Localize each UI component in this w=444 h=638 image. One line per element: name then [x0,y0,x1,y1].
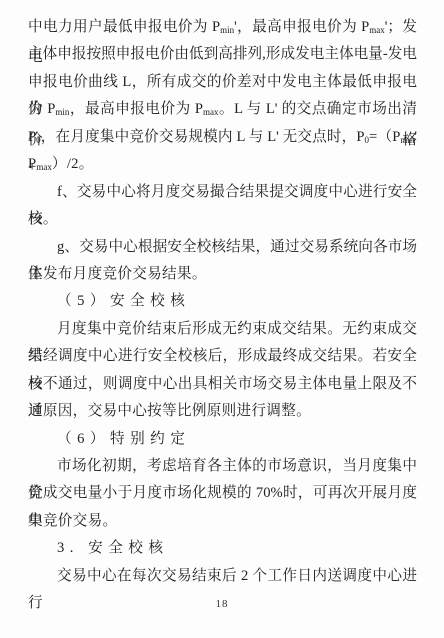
text-line: 体发布月度竞价交易结果。 [28,261,417,288]
text-line: （6）特别约定 [28,426,417,453]
text-segment: =（P [369,129,400,145]
text-segment: 体发布月度竞价交易结果。 [28,266,207,282]
text-segment: ，在月度集中竞价交易规模内 L 与 L' 无交点时，P [41,129,365,145]
text-line: 申报电价曲线 L，所有成交的价差对中发电主体最低申报电价 [28,69,417,96]
text-line: g、交易中心根据安全校核结果，通过交易系统向各市场主 [28,234,417,261]
page-number: 18 [0,598,444,610]
text-line: 价成交电量小于月度市场化规模的 70%时，可再次开展月度集 [28,480,417,507]
text-line: 过原因，交易中心按等比例原则进行调整。 [28,398,417,425]
text-segment: P [28,129,36,145]
text-line: 3. 安全校核 [28,535,417,562]
text-line: 主体申报按照申报电价由低到高排列,形成发电主体电量-发电 [28,41,417,68]
text-line: 市场化初期，考虑培育各主体的市场意识，当月度集中竞 [28,453,417,480]
subscript-text: min [55,107,69,117]
subscript-text: min [400,135,414,145]
text-line: 核。 [28,206,417,233]
text-segment: 为 P [28,101,55,117]
text-line: 交易中心在每次交易结束后 2 个工作日内送调度中心进行 [28,563,417,590]
text-segment: 中竞价交易。 [28,513,117,529]
document-page: 中电力用户最低申报电价为 Pmin'，最高申报电价为 Pmax'；发电主体申报按… [0,0,444,638]
text-line: f、交易中心将月度交易撮合结果提交调度中心进行安全校 [28,179,417,206]
text-line: Pmax）/2。 [28,151,417,178]
text-line: 中竞价交易。 [28,508,417,535]
text-segment: 核。 [28,211,58,227]
text-segment: 中电力用户最低申报电价为 P [28,19,220,35]
text-line: 为 Pmin，最高申报电价为 Pmax。L 与 L' 的交点确定市场出清价格 [28,96,417,123]
text-segment: （5）安全校核 [57,293,190,309]
text-line: 核不通过，则调度中心出具相关市场交易主体电量上限及不通 [28,371,417,398]
subscript-text: max [369,25,385,35]
text-line: 月度集中竞价结束后形成无约束成交结果。无约束成交结 [28,316,417,343]
text-line: 中电力用户最低申报电价为 Pmin'，最高申报电价为 Pmax'；发电 [28,14,417,41]
text-segment: 主体申报按照申报电价由低到高排列,形成发电主体电量-发电 [28,46,417,62]
text-line: 果经调度中心进行安全校核后，形成最终成交结果。若安全校 [28,343,417,370]
text-line: P0，在月度集中竞价交易规模内 L 与 L' 无交点时，P0=（Pmin' + [28,124,417,151]
document-body: 中电力用户最低申报电价为 Pmin'，最高申报电价为 Pmax'；发电主体申报按… [0,0,444,590]
text-line: （5）安全校核 [28,288,417,315]
subscript-text: max [36,162,52,172]
text-segment: ，最高申报电价为 P [69,101,203,117]
text-segment: 3. 安全校核 [57,540,168,556]
subscript-text: min [220,25,234,35]
text-segment: ）/2。 [52,156,94,172]
text-segment: '，最高申报电价为 P [234,19,369,35]
text-segment: 过原因，交易中心按等比例原则进行调整。 [28,403,311,419]
subscript-text: max [203,107,219,117]
text-segment: （6）特别约定 [57,431,190,447]
